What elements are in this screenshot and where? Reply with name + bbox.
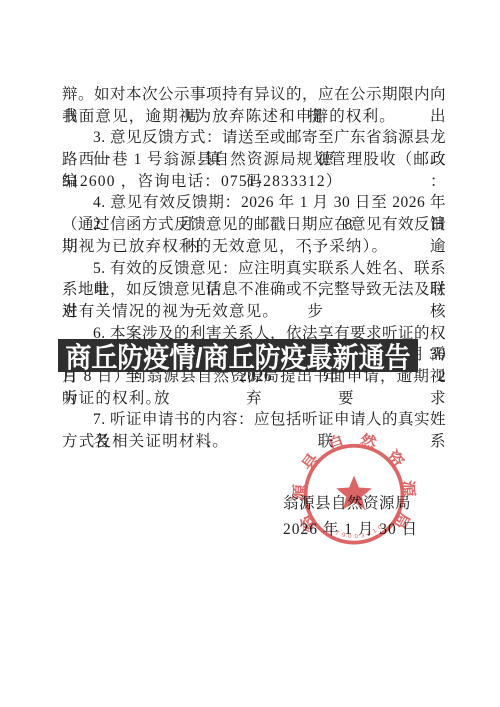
overlay-banner: 商丘防疫情/商丘防疫最新通告 [58,339,418,372]
document-line: 4. 意见有效反馈期：2026 年 1 月 30 日至 2026 年 2 月 8… [62,192,446,214]
document-line: 辩。如对本次公示事项持有异议的，应在公示期限内向我局提出 [62,84,446,106]
stamp-star-icon [336,476,372,510]
document-text: 辩。如对本次公示事项持有异议的，应在公示期限内向我局提出书面意见，逾期视为放弃陈… [62,84,446,453]
official-stamp: 翁源县自然资源局 0279003410 [288,426,420,558]
document-page: 辩。如对本次公示事项持有异议的，应在公示期限内向我局提出书面意见，逾期视为放弃陈… [0,0,500,707]
document-line: 书面意见，逾期视为放弃陈述和申辩的权利。 [62,106,446,128]
overlay-banner-text: 商丘防疫情/商丘防疫最新通告 [65,336,410,376]
document-line: 3. 意见反馈方式：请送至或邮寄至广东省翁源县龙仙镇德政 [62,127,446,149]
document-line: 系地址，如反馈意见信息不准确或不完整导致无法及时进一步核 [62,279,446,301]
document-line: 5. 有效的反馈意见：应注明真实联系人姓名、联系电话，联 [62,258,446,280]
document-line: 路西一巷 1 号翁源县自然资源局规划管理股收（邮政编码： [62,149,446,171]
document-line: （通过信函方式反馈意见的邮戳日期应在意见有效反馈期内，逾 [62,214,446,236]
